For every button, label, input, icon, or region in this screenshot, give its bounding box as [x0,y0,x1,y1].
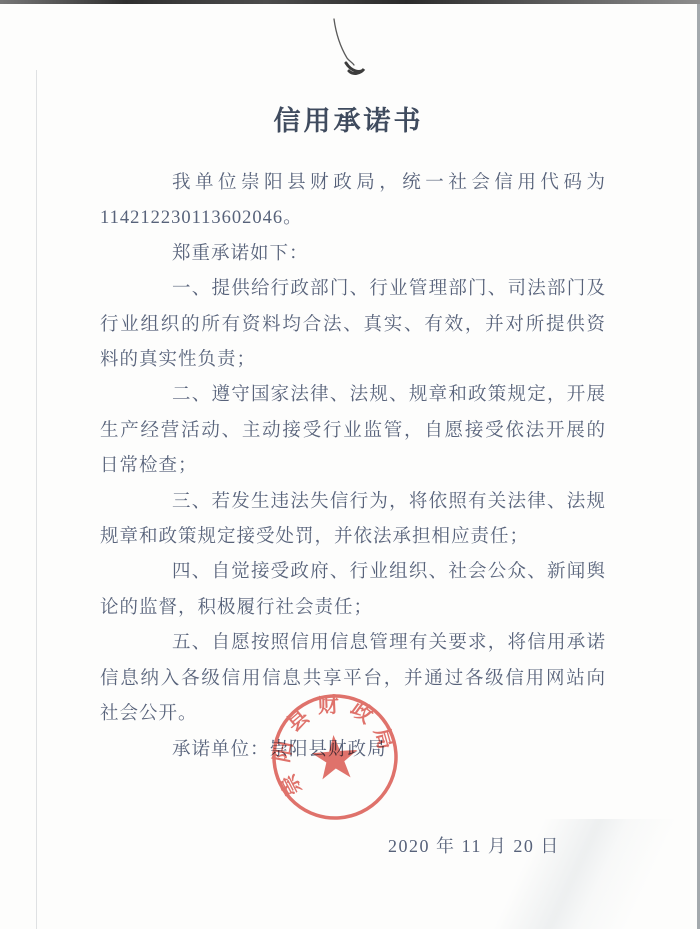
scanner-top-edge [0,0,700,4]
document-title: 信用承诺书 [0,99,697,138]
paragraph-pledge-intro: 郑重承诺如下： [100,237,606,272]
scan-artifact [326,16,376,82]
seal-star-icon [311,733,360,779]
paragraph-item-4: 四、自觉接受政府、行业组织、社会公众、新闻舆论的监督，积极履行社会责任； [100,555,606,626]
paragraph-item-3: 三、若发生违法失信行为，将依照有关法律、法规规章和政策规定接受处罚，并依法承担相… [100,485,606,556]
paragraph-item-1: 一、提供给行政部门、行业管理部门、司法部门及行业组织的所有资料均合法、真实、有效… [100,272,606,378]
paper-fold-line [36,70,37,929]
document-body: 我单位崇阳县财政局，统一社会信用代码为114212230113602046。 郑… [100,166,606,768]
paragraph-item-2: 二、遵守国家法律、法规、规章和政策规定，开展生产经营活动、主动接受行业监管，自愿… [100,378,606,484]
paragraph-credit-code: 我单位崇阳县财政局，统一社会信用代码为114212230113602046。 [100,166,606,237]
scanned-document-page: 信用承诺书 我单位崇阳县财政局，统一社会信用代码为114212230113602… [0,0,700,929]
document-date: 2020 年 11 月 20 日 [388,832,560,858]
official-seal-stamp: 崇阳县财政局 [260,682,409,831]
